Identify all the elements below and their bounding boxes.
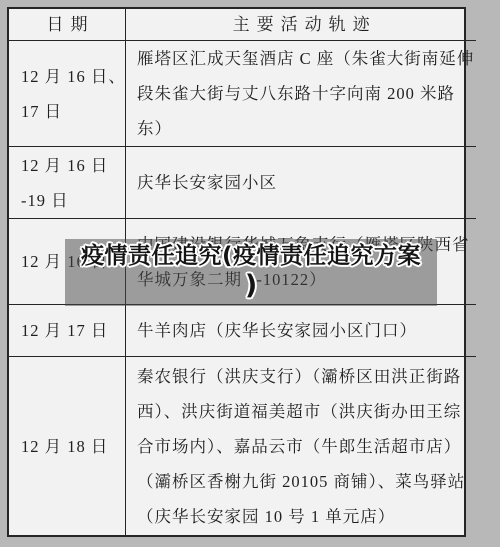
activity-text: 中国建设银行华城万象支行（雁塔区陕西省 华城万象二期 5-10122） xyxy=(137,227,470,297)
date-text: 12 月 16 日 -19 日 xyxy=(21,148,108,218)
activity-text: 雁塔区汇成天玺酒店 C 座（朱雀大街南延伸 段朱雀大街与丈八东路十字向南 200… xyxy=(137,41,474,146)
header-date-label: 日期 xyxy=(40,7,95,42)
date-text: 12 月 18 日 xyxy=(21,429,108,464)
activity-cell-row1: 雁塔区汇成天玺酒店 C 座（朱雀大街南延伸 段朱雀大街与丈八东路十字向南 200… xyxy=(126,41,476,147)
activity-text: 牛羊肉店（庆华长安家园小区门口） xyxy=(137,313,417,348)
date-cell-row3: 12 月 16 日 xyxy=(9,219,126,305)
date-cell-row2: 12 月 16 日 -19 日 xyxy=(9,147,126,219)
activity-text: 秦农银行（洪庆支行）（灞桥区田洪正街路 西）、洪庆街道福美超市（洪庆街办田王综 … xyxy=(137,359,465,534)
activity-cell-row4: 牛羊肉店（庆华长安家园小区门口） xyxy=(126,305,476,357)
date-text: 12 月 16 日 xyxy=(21,244,108,279)
date-cell-row4: 12 月 17 日 xyxy=(9,305,126,357)
activity-trajectory-table: 日期 主要活动轨迹 12 月 16 日、 17 日 雁塔区汇成天玺酒店 C 座（… xyxy=(7,7,466,537)
date-cell-row1: 12 月 16 日、 17 日 xyxy=(9,41,126,147)
activity-text: 庆华长安家园小区 xyxy=(137,165,277,200)
date-text: 12 月 17 日 xyxy=(21,313,108,348)
activity-cell-row5: 秦农银行（洪庆支行）（灞桥区田洪正街路 西）、洪庆街道福美超市（洪庆街办田王综 … xyxy=(126,357,476,535)
header-cell-date: 日期 xyxy=(9,9,126,41)
header-cell-activity: 主要活动轨迹 xyxy=(126,9,476,41)
activity-cell-row2: 庆华长安家园小区 xyxy=(126,147,476,219)
activity-cell-row3: 中国建设银行华城万象支行（雁塔区陕西省 华城万象二期 5-10122） xyxy=(126,219,476,305)
header-activity-label: 主要活动轨迹 xyxy=(226,7,377,42)
date-text: 12 月 16 日、 17 日 xyxy=(21,59,126,129)
date-cell-row5: 12 月 18 日 xyxy=(9,357,126,535)
